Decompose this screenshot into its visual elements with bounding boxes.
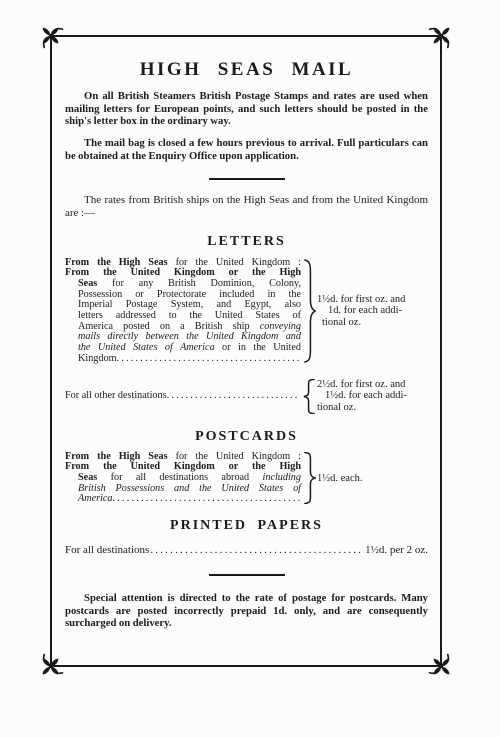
rate-line: tional oz. (317, 402, 438, 413)
text-line: the United States of America or in the U… (65, 343, 301, 354)
letters-row2-rate: 2½d. for first oz. and 1½d. for each add… (317, 379, 438, 413)
printed-papers-row: For all destinations ...................… (65, 544, 428, 556)
text-run: ........................................… (113, 494, 301, 504)
section-divider (209, 574, 285, 576)
text-line: British Possessions and the United State… (65, 484, 301, 495)
printed-papers-label: For all destinations (65, 544, 149, 556)
text-run: for the United Kingdom : (168, 257, 301, 268)
text-run: mails directly between the United Kingdo… (78, 331, 301, 342)
postcards-description: From the High Seas for the United Kingdo… (65, 452, 301, 506)
text-run: for all destinations abroad (97, 472, 262, 483)
brace-column (301, 452, 317, 504)
text-run: America posted on a British ship (78, 321, 260, 332)
text-run: for any British Dominion, Colony, (97, 278, 301, 289)
brace-column (301, 259, 317, 363)
right-brace-icon (303, 259, 316, 363)
text-run: Imperial Postage System, and Egypt, also (78, 299, 301, 310)
text-run: America (78, 494, 113, 504)
right-brace-icon (303, 452, 316, 504)
text-run: ........................................… (117, 354, 302, 364)
text-run: For all other destinations (65, 391, 167, 401)
page-title: HIGH SEAS MAIL (65, 59, 428, 81)
text-line-leader-dots: America.................................… (65, 494, 301, 505)
rates-intro: The rates from British ships on the High… (65, 194, 428, 221)
rate-line: 1½d. each. (317, 473, 438, 484)
rate-line: 1½d. for first oz. and (317, 294, 438, 305)
left-brace-icon (303, 379, 316, 414)
text-run: conveying (260, 321, 301, 332)
text-run: Possession or Protectorate included in t… (78, 289, 301, 300)
page-frame: HIGH SEAS MAIL On all British Steamers B… (50, 35, 442, 667)
letters-heading: LETTERS (65, 234, 428, 250)
text-run: From the United Kingdom or the High (65, 267, 301, 278)
rate-line: 1d. for each addi- (317, 305, 438, 316)
rate-line: tional oz. (317, 317, 438, 328)
rate-line: 2½d. for first oz. and (317, 379, 438, 390)
text-line-leader-dots: Kingdom.................................… (65, 354, 301, 365)
section-divider (209, 178, 285, 180)
letters-row2-description: For all other destinations..............… (65, 391, 301, 402)
brace-column (301, 379, 317, 414)
text-line-leader-dots: For all other destinations..............… (65, 391, 301, 402)
printed-papers-rate: 1½d. per 2 oz. (365, 544, 428, 556)
printed-papers-heading: PRINTED PAPERS (65, 518, 428, 534)
text-run: From the High Seas (65, 257, 168, 268)
intro-paragraph-1: On all British Steamers British Postage … (65, 90, 428, 128)
text-run: for the United Kingdom : (168, 451, 301, 462)
text-run: From the High Seas (65, 451, 168, 462)
leader-dots: ........................................… (150, 544, 364, 556)
postcards-heading: POSTCARDS (65, 429, 428, 445)
footer-note: Special attention is directed to the rat… (65, 592, 428, 630)
text-run: or in the United (215, 342, 301, 353)
text-run: Seas (78, 278, 97, 289)
intro-paragraph-2: The mail bag is closed a few hours previ… (65, 137, 428, 162)
letters-rate-row-1: From the High Seas for the United Kingdo… (65, 258, 428, 365)
text-run: letters addressed to the United States o… (78, 310, 301, 321)
text-run: British Possessions and the United State… (78, 483, 301, 494)
text-run: Seas (78, 472, 97, 483)
text-run: including (263, 472, 301, 483)
postcards-rate-row: From the High Seas for the United Kingdo… (65, 452, 428, 506)
letters-rate-row-2: For all other destinations..............… (65, 379, 428, 414)
page-content: HIGH SEAS MAIL On all British Steamers B… (52, 37, 440, 665)
scanned-page: { "page": { "title": "HIGH SEAS MAIL", "… (0, 0, 500, 737)
text-run: the United States of America (78, 342, 215, 353)
letters-row1-description: From the High Seas for the United Kingdo… (65, 258, 301, 365)
text-run: From the United Kingdom or the High (65, 461, 301, 472)
postcards-rate: 1½d. each. (317, 473, 438, 484)
text-run: ............................ (167, 391, 300, 401)
text-run: Kingdom (78, 354, 117, 364)
rate-line: 1½d. for each addi- (317, 390, 438, 401)
letters-row1-rate: 1½d. for first oz. and 1d. for each addi… (317, 294, 438, 328)
